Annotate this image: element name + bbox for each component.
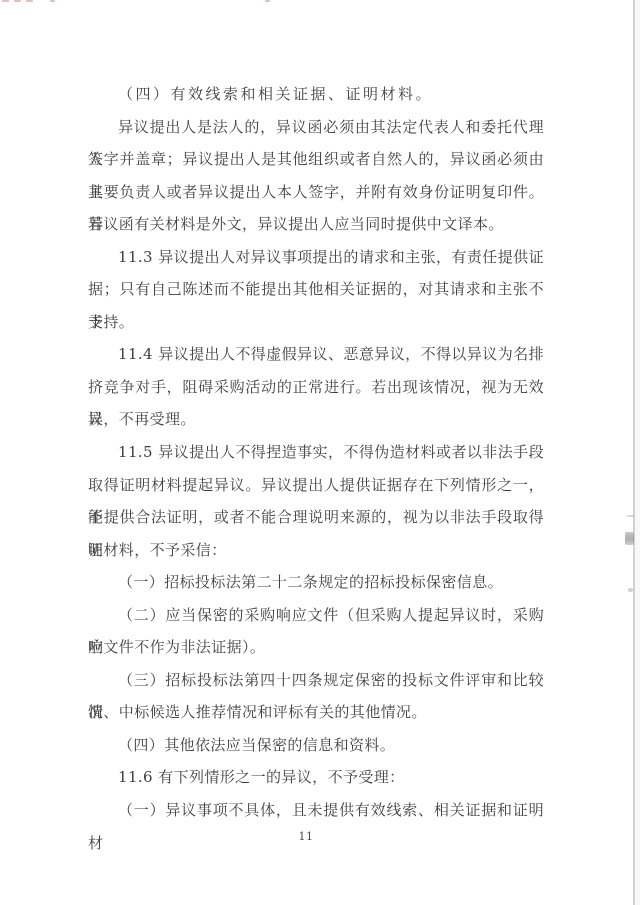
text-line: 11.4 异议提出人不得虚假异议、恶意异议，不得以异议为名排: [88, 338, 544, 371]
text-line: 能提供合法证明，或者不能合理说明来源的，视为以非法手段取得证: [88, 501, 544, 534]
text-line: （一）招标投标法第二十二条规定的招标投标保密信息。: [88, 566, 544, 599]
scan-artifact-red-speck: [50, 0, 55, 2]
text-line: 11.3 异议提出人对异议事项提出的请求和主张，有责任提供证: [88, 241, 544, 274]
text-line: 签字并盖章；异议提出人是其他组织或者自然人的，异议函必须由其: [88, 143, 544, 176]
scan-artifact-red-speck: [2, 0, 9, 2]
text-line: 异议提出人是法人的，异议函必须由其法定代表人和委托代理人: [88, 111, 544, 144]
text-line: （四）有效线索和相关证据、证明材料。: [88, 78, 544, 111]
text-line: 11.5 异议提出人不得捏造事实，不得伪造材料或者以非法手段: [88, 436, 544, 469]
text-line: 主要负责人或者异议提出人本人签字，并附有效身份证明复印件。若: [88, 176, 544, 209]
text-line: 应文件不作为非法证据）。: [88, 631, 544, 664]
scan-edge-line: [633, 0, 635, 905]
text-line: 取得证明材料提起异议。异议提出人提供证据存在下列情形之一，不: [88, 469, 544, 502]
scan-artifact-red-speck: [26, 0, 33, 2]
scan-artifact-red-speck: [265, 0, 270, 2]
text-line: （一）异议事项不具体，且未提供有效线索、相关证据和证明材: [88, 794, 544, 827]
scanned-page: （四）有效线索和相关证据、证明材料。异议提出人是法人的，异议函必须由其法定代表人…: [0, 0, 640, 905]
text-line: （三）招标投标法第四十四条规定保密的投标文件评审和比较情: [88, 664, 544, 697]
text-line: （二）应当保密的采购响应文件（但采购人提起异议时，采购响: [88, 599, 544, 632]
text-line: 支持。: [88, 306, 544, 339]
page-number: 11: [0, 830, 612, 844]
text-line: （四）其他依法应当保密的信息和资料。: [88, 729, 544, 762]
scan-artifact-smudge: [627, 515, 634, 517]
text-line: 议，不再受理。: [88, 403, 544, 436]
scan-right-strip: [634, 0, 640, 905]
text-line: 挤竞争对手，阻碍采购活动的正常进行。若出现该情况，视为无效异: [88, 371, 544, 404]
text-line: 据；只有自己陈述而不能提出其他相关证据的，对其请求和主张不予: [88, 273, 544, 306]
text-line: 明材料，不予采信：: [88, 534, 544, 567]
scan-artifact-smudge: [628, 588, 633, 592]
text-line: 11.6 有下列情形之一的异议，不予受理：: [88, 761, 544, 794]
scan-artifact-red-speck: [14, 0, 21, 2]
scan-artifact-smudge: [625, 532, 634, 545]
text-line: 况、中标候选人推荐情况和评标有关的其他情况。: [88, 696, 544, 729]
document-body: （四）有效线索和相关证据、证明材料。异议提出人是法人的，异议函必须由其法定代表人…: [88, 78, 544, 827]
text-line: 异议函有关材料是外文，异议提出人应当同时提供中文译本。: [88, 208, 544, 241]
